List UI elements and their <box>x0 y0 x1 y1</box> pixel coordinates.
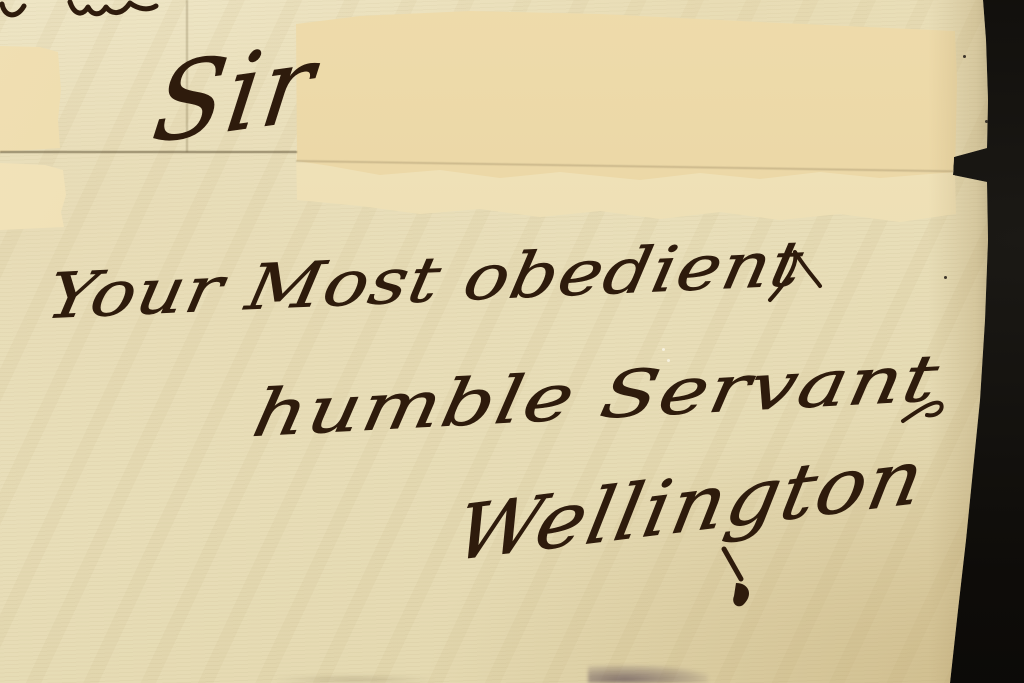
cropped-stroke-right <box>70 2 156 14</box>
paper-fleck <box>667 359 670 362</box>
salutation-text: Sir <box>146 21 325 168</box>
letter-photo: Sir Your Most obedient humble Servant We… <box>0 0 1024 683</box>
signature-descender-stroke <box>724 549 741 579</box>
closing-line-1: Your Most obedient <box>41 227 810 333</box>
cropped-stroke-left <box>2 4 24 15</box>
paper-speck <box>963 55 966 58</box>
paper-speck <box>944 276 947 279</box>
handwriting-layer: Sir Your Most obedient humble Servant We… <box>0 0 1024 683</box>
closing-line-2: humble Servant <box>247 341 946 452</box>
signature-text: Wellington <box>448 432 932 578</box>
ink-smudge-bottom <box>588 665 708 683</box>
paper-speck <box>985 120 988 123</box>
signature-comma-stroke <box>733 583 749 606</box>
stain-smear-bottom <box>268 675 438 683</box>
letter-paper: Sir Your Most obedient humble Servant We… <box>0 0 1024 683</box>
paper-fleck <box>662 348 665 351</box>
